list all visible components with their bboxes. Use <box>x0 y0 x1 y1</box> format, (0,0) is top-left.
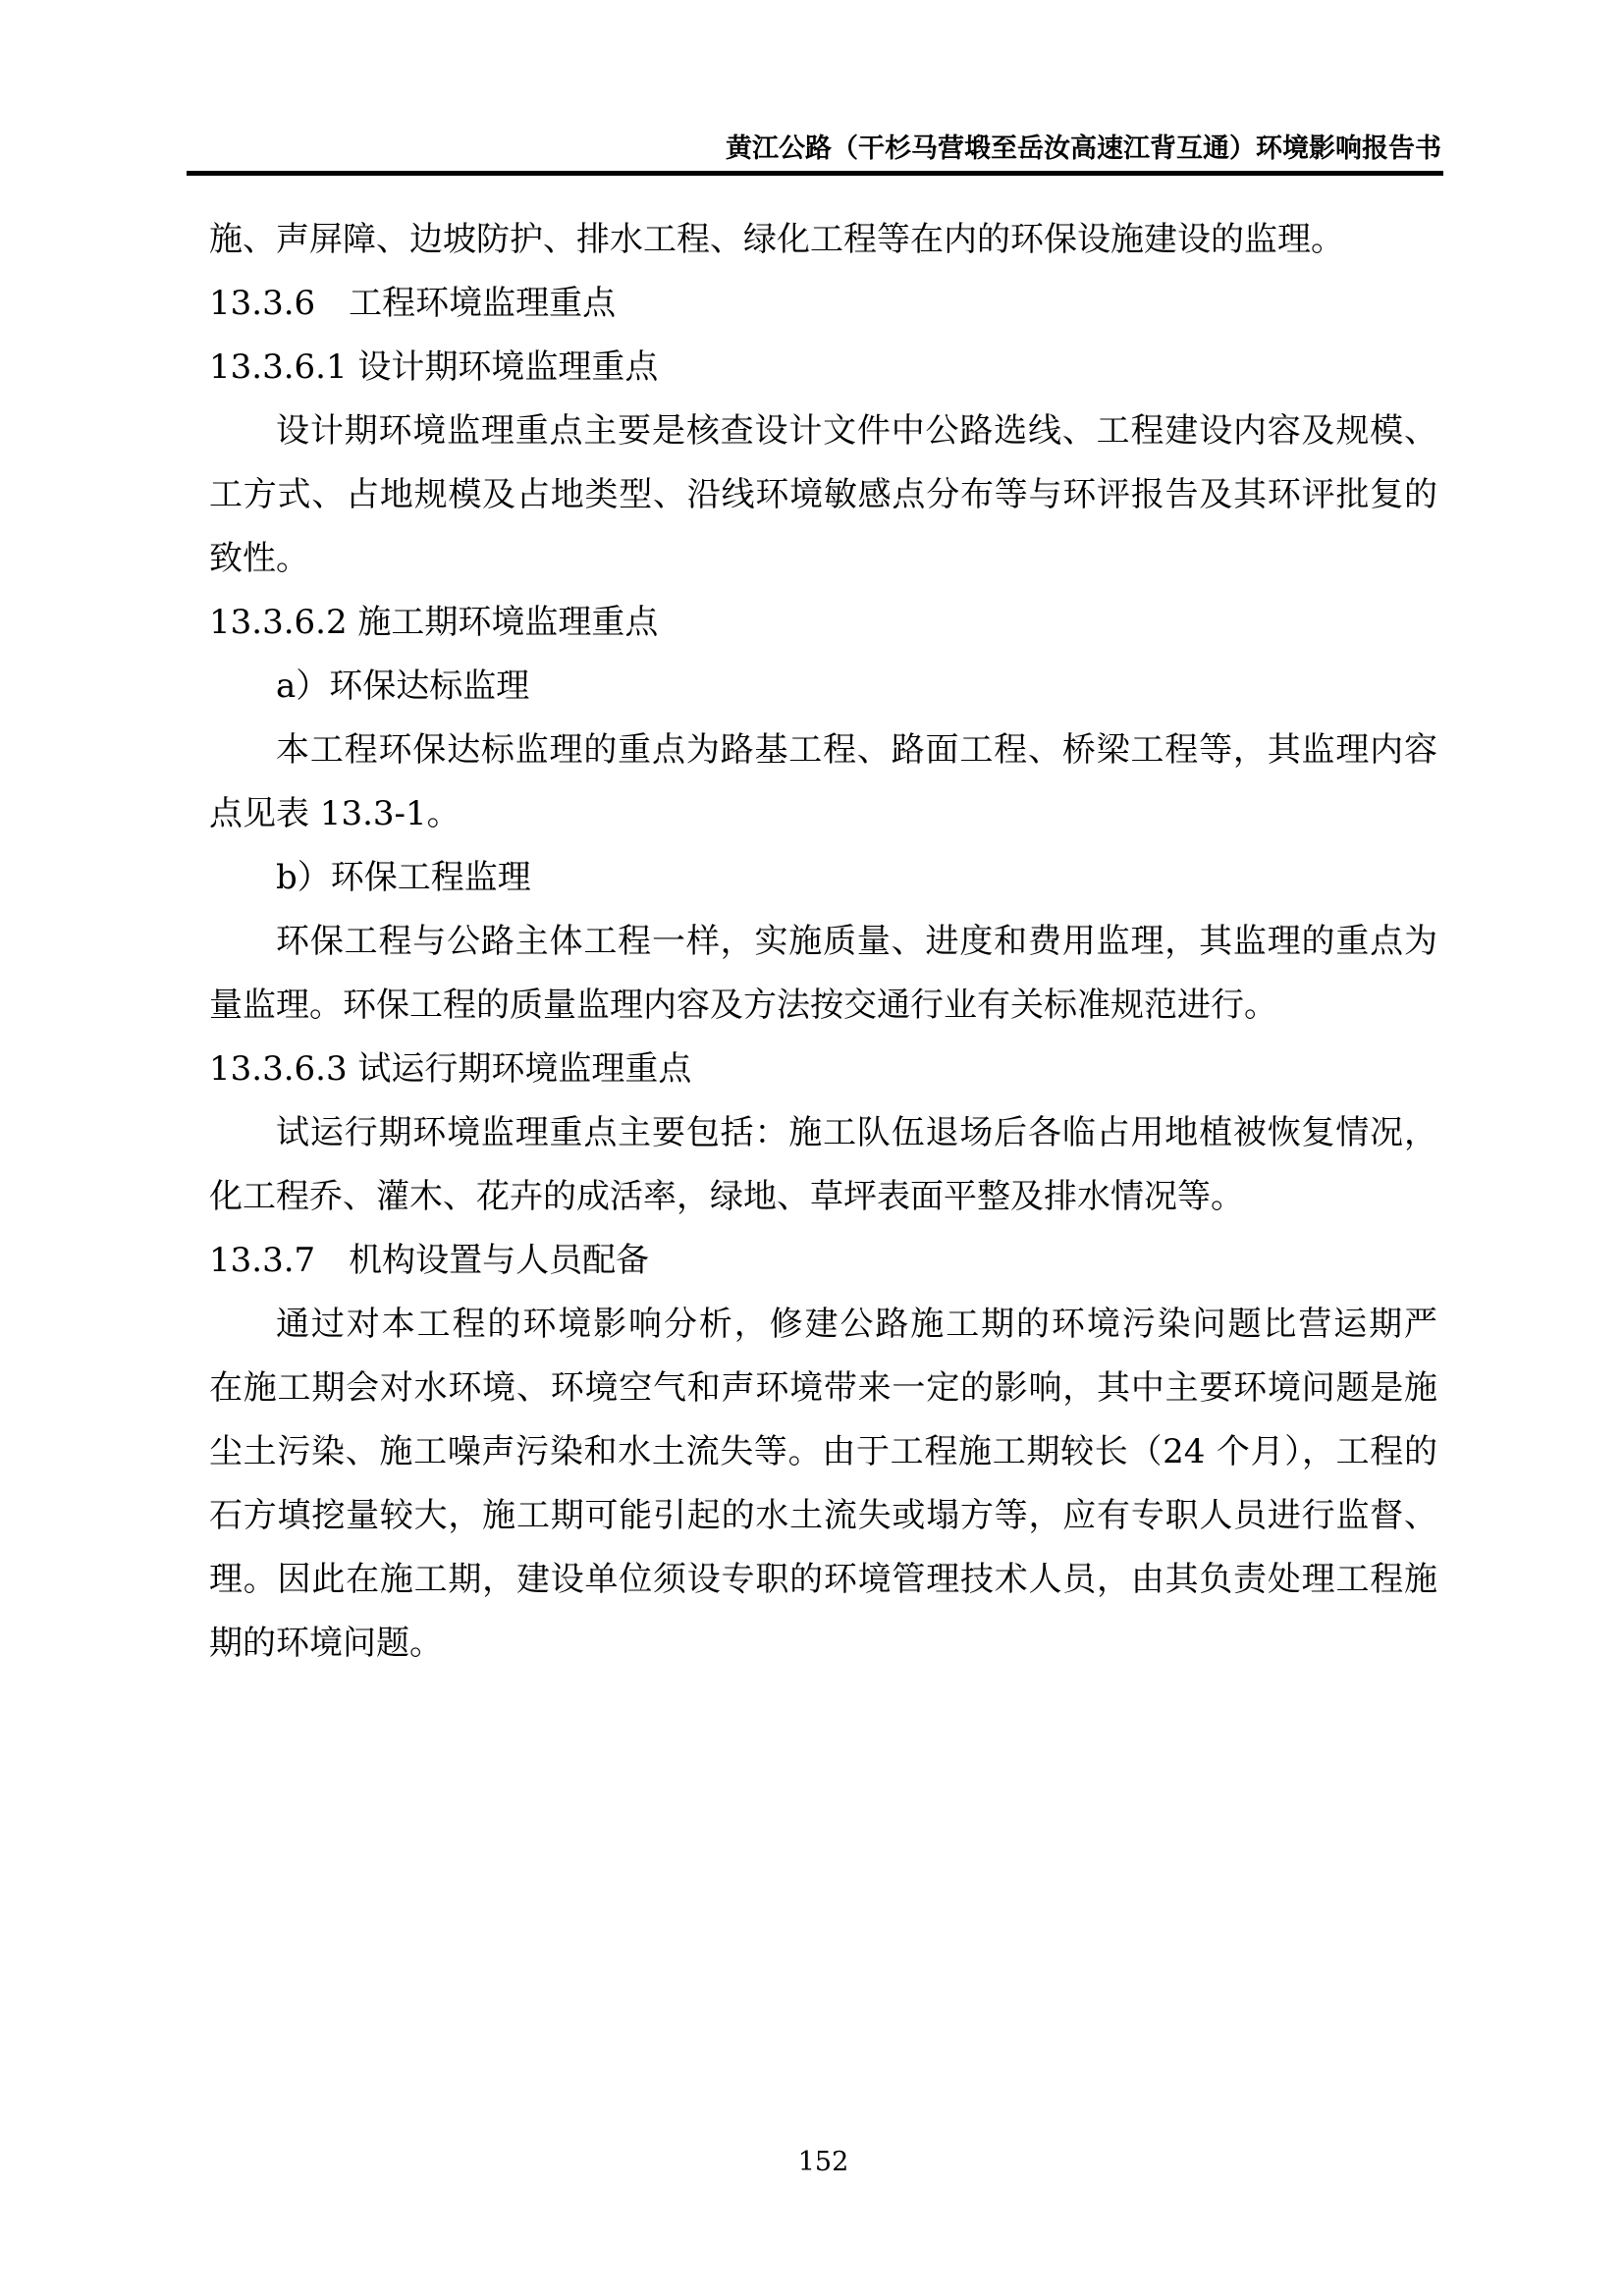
text-line: 量监理。环保工程的质量监理内容及方法按交通行业有关标准规范进行。 <box>209 974 1437 1038</box>
document-page: 黄江公路（干杉马营塅至岳汝高速江背互通）环境影响报告书 施、声屏障、边坡防护、排… <box>0 0 1624 2296</box>
text-line: 环保工程与公路主体工程一样，实施质量、进度和费用监理，其监理的重点为质 <box>209 910 1437 974</box>
text-line: 期的环境问题。 <box>209 1612 1437 1676</box>
subsection-heading: 13.3.6.1 设计期环境监理重点 <box>209 336 1437 400</box>
text-line: 试运行期环境监理重点主要包括：施工队伍退场后各临占用地植被恢复情况，绿 <box>209 1101 1437 1165</box>
document-body: 施、声屏障、边坡防护、排水工程、绿化工程等在内的环保设施建设的监理。13.3.6… <box>209 208 1437 1676</box>
text-line: 石方填挖量较大，施工期可能引起的水土流失或塌方等，应有专职人员进行监督、管 <box>209 1484 1437 1548</box>
text-line: 施、声屏障、边坡防护、排水工程、绿化工程等在内的环保设施建设的监理。 <box>209 208 1437 272</box>
text-line: a）环保达标监理 <box>209 655 1437 719</box>
subsection-heading: 13.3.6.2 施工期环境监理重点 <box>209 591 1437 655</box>
subsection-heading: 13.3.6.3 试运行期环境监理重点 <box>209 1038 1437 1101</box>
text-line: 设计期环境监理重点主要是核查设计文件中公路选线、工程建设内容及规模、施 <box>209 400 1437 463</box>
section-heading: 13.3.6 工程环境监理重点 <box>209 272 1437 336</box>
text-line: 理。因此在施工期，建设单位须设专职的环境管理技术人员，由其负责处理工程施工 <box>209 1548 1437 1612</box>
text-line: b）环保工程监理 <box>209 846 1437 910</box>
text-line: 通过对本工程的环境影响分析，修建公路施工期的环境污染问题比营运期严重， <box>209 1293 1437 1357</box>
text-line: 工方式、占地规模及占地类型、沿线环境敏感点分布等与环评报告及其环评批复的一 <box>209 463 1437 527</box>
header-title: 黄江公路（干杉马营塅至岳汝高速江背互通）环境影响报告书 <box>187 133 1441 166</box>
text-line: 化工程乔、灌木、花卉的成活率，绿地、草坪表面平整及排水情况等。 <box>209 1165 1437 1229</box>
text-line: 致性。 <box>209 527 1437 591</box>
header-rule <box>187 171 1443 176</box>
page-number: 152 <box>209 2146 1437 2179</box>
text-line: 点见表 13.3-1。 <box>209 782 1437 846</box>
section-heading: 13.3.7 机构设置与人员配备 <box>209 1229 1437 1293</box>
text-line: 本工程环保达标监理的重点为路基工程、路面工程、桥梁工程等，其监理内容要 <box>209 719 1437 782</box>
text-line: 在施工期会对水环境、环境空气和声环境带来一定的影响，其中主要环境问题是施工 <box>209 1357 1437 1420</box>
text-line: 尘土污染、施工噪声污染和水土流失等。由于工程施工期较长（24 个月），工程的土 <box>209 1420 1437 1484</box>
